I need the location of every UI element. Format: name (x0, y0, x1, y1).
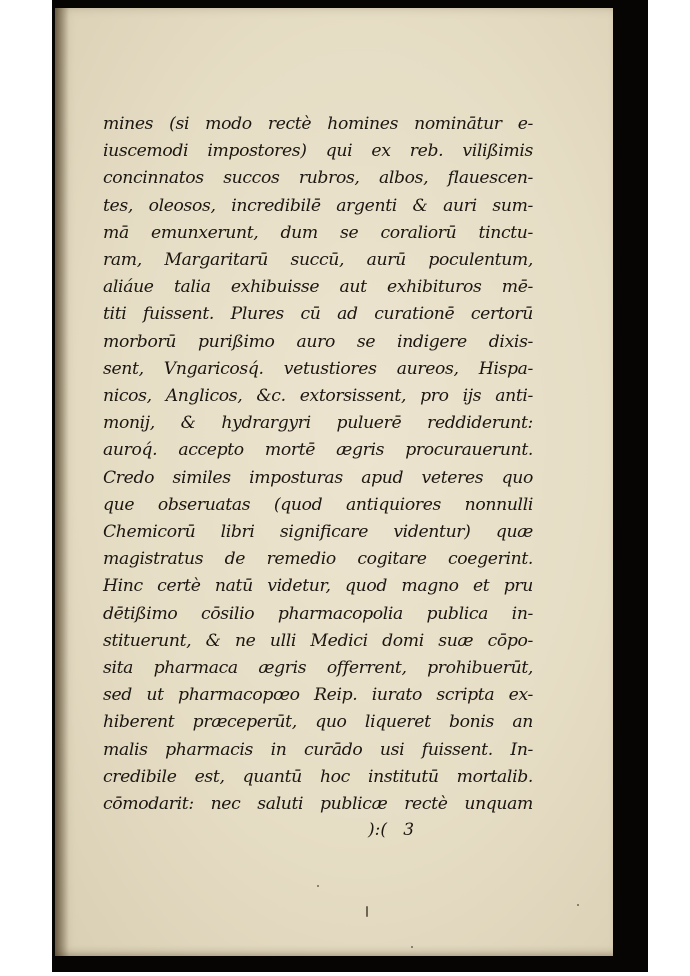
paper-speck (577, 904, 579, 906)
text-line: malis pharmacis in curādo usi fuissent. … (103, 737, 533, 764)
text-line: stituerunt, & ne ulli Medici domi suæ cō… (103, 628, 533, 655)
paper-speck (366, 906, 368, 917)
scan-frame: mines (si modo rectè homines nominātur e… (52, 0, 648, 972)
text-line: credibile est, quantū hoc institutū mort… (103, 764, 533, 791)
text-line: mā emunxerunt, dum se coraliorū tinctu- (103, 220, 533, 247)
page-gutter-shadow (55, 8, 69, 956)
text-line: Chemicorū libri significare videntur) qu… (103, 519, 533, 546)
text-line: que obseruatas (quod antiquiores nonnull… (103, 492, 533, 519)
paper-speck (411, 946, 413, 948)
text-line: magistratus de remedio cogitare coegerin… (103, 546, 533, 573)
text-line: mines (si modo rectè homines nominātur e… (103, 111, 533, 138)
text-line: hiberent præceperūt, quo liqueret bonis … (103, 709, 533, 736)
signature-mark: ):( 3 (368, 820, 414, 840)
paper-speck (317, 885, 319, 887)
text-line: titi fuissent. Plures cū ad curationē ce… (103, 301, 533, 328)
text-line: sed ut pharmacopœo Reip. iurato scripta … (103, 682, 533, 709)
text-line: concinnatos succos rubros, albos, flaues… (103, 165, 533, 192)
text-line: Credo similes imposturas apud veteres qu… (103, 465, 533, 492)
book-page: mines (si modo rectè homines nominātur e… (55, 8, 613, 956)
text-line: dētißimo cōsilio pharmacopolia publica i… (103, 601, 533, 628)
text-line: morborū purißimo auro se indigere dixis- (103, 329, 533, 356)
text-line: iuscemodi impostores) qui ex reb. vilißi… (103, 138, 533, 165)
text-line: cōmodarit: nec saluti publicæ rectè unqu… (103, 791, 533, 818)
text-line: tes, oleosos, incredibilē argenti & auri… (103, 193, 533, 220)
text-line: ram, Margaritarū succū, aurū poculentum, (103, 247, 533, 274)
text-line: sent, Vngaricosq́. vetustiores aureos, H… (103, 356, 533, 383)
text-line: Hinc certè natū videtur, quod magno et p… (103, 573, 533, 600)
text-line: nicos, Anglicos, &c. extorsissent, pro i… (103, 383, 533, 410)
text-line: auroq́. accepto mortē ægris procurauerun… (103, 437, 533, 464)
body-text: mines (si modo rectè homines nominātur e… (103, 111, 533, 818)
text-line: sita pharmaca ægris offerrent, prohibuer… (103, 655, 533, 682)
text-line: monij, & hydrargyri puluerē reddiderunt: (103, 410, 533, 437)
text-line: aliáue talia exhibuisse aut exhibituros … (103, 274, 533, 301)
